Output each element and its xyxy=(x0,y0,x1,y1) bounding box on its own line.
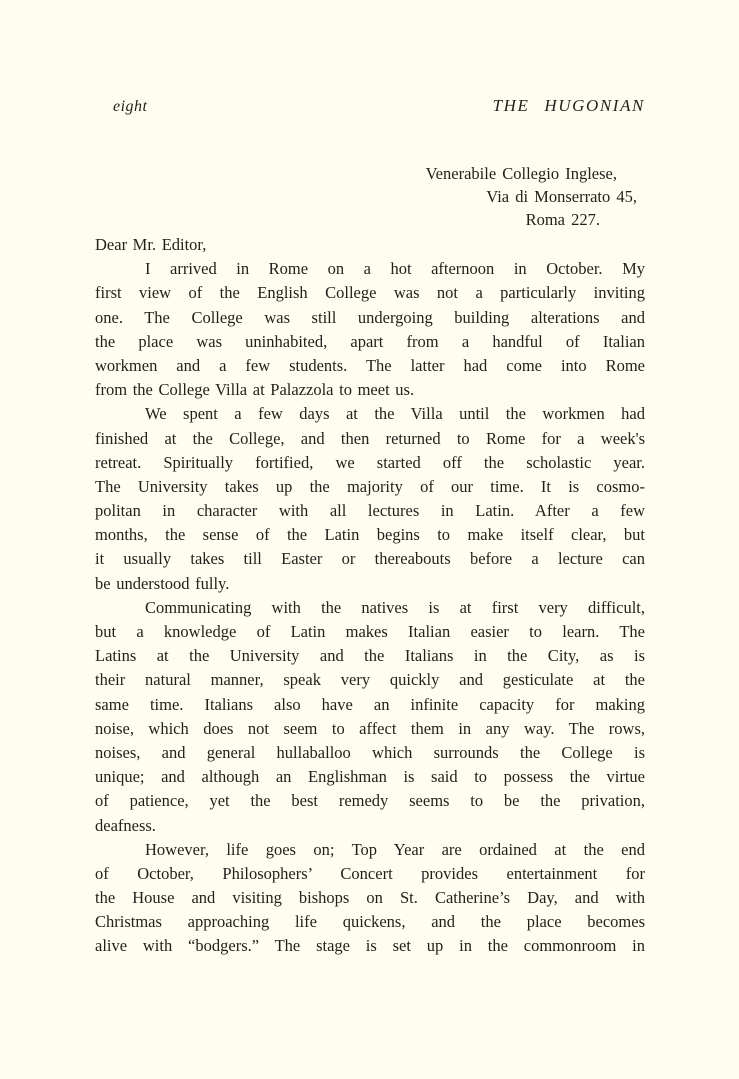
letter-body: Dear Mr. Editor, I arrived in Rome on a … xyxy=(95,233,645,959)
address-line-city: Roma 227. xyxy=(95,208,645,231)
body-line: We spent a few days at the Villa until t… xyxy=(95,402,645,426)
body-line: finished at the College, and then return… xyxy=(95,427,645,451)
body-line: of patience, yet the best remedy seems t… xyxy=(95,789,645,813)
body-line: alive with “bodgers.” The stage is set u… xyxy=(95,934,645,958)
body-line: The University takes up the majority of … xyxy=(95,475,645,499)
body-line: Communicating with the natives is at fir… xyxy=(95,596,645,620)
body-line: noise, which does not seem to affect the… xyxy=(95,717,645,741)
body-line: I arrived in Rome on a hot afternoon in … xyxy=(95,257,645,281)
body-line: Christmas approaching life quickens, and… xyxy=(95,910,645,934)
journal-title: THE HUGONIAN xyxy=(493,96,645,116)
sender-address-block: Venerabile Collegio Inglese, Via di Mons… xyxy=(95,162,645,231)
body-line: months, the sense of the Latin begins to… xyxy=(95,523,645,547)
paragraph-1: I arrived in Rome on a hot afternoon in … xyxy=(95,257,645,402)
paragraph-4: However, life goes on; Top Year are orda… xyxy=(95,838,645,959)
scanned-magazine-page: eight THE HUGONIAN Venerabile Collegio I… xyxy=(0,0,739,1079)
body-line: retreat. Spiritually fortified, we start… xyxy=(95,451,645,475)
address-line-college: Venerabile Collegio Inglese, xyxy=(95,162,645,185)
address-line-street: Via di Monserrato 45, xyxy=(95,185,645,208)
paragraph-2: We spent a few days at the Villa until t… xyxy=(95,402,645,596)
body-line: noises, and general hullaballoo which su… xyxy=(95,741,645,765)
body-line: it usually takes till Easter or thereabo… xyxy=(95,547,645,571)
body-line: the place was uninhabited, apart from a … xyxy=(95,330,645,354)
body-line: politan in character with all lectures i… xyxy=(95,499,645,523)
page-number-folio: eight xyxy=(113,98,148,116)
body-line: from the College Villa at Palazzola to m… xyxy=(95,378,645,402)
salutation: Dear Mr. Editor, xyxy=(95,233,645,257)
body-line: workmen and a few students. The latter h… xyxy=(95,354,645,378)
body-line: Latins at the University and the Italian… xyxy=(95,644,645,668)
body-line: one. The College was still undergoing bu… xyxy=(95,306,645,330)
body-line: same time. Italians also have an infinit… xyxy=(95,693,645,717)
body-line: deafness. xyxy=(95,814,645,838)
running-head: eight THE HUGONIAN xyxy=(95,96,645,116)
body-line: the House and visiting bishops on St. Ca… xyxy=(95,886,645,910)
body-line: but a knowledge of Latin makes Italian e… xyxy=(95,620,645,644)
body-line: of October, Philosophers’ Concert provid… xyxy=(95,862,645,886)
body-line: their natural manner, speak very quickly… xyxy=(95,668,645,692)
body-line: However, life goes on; Top Year are orda… xyxy=(95,838,645,862)
body-line: unique; and although an Englishman is sa… xyxy=(95,765,645,789)
body-line: first view of the English College was no… xyxy=(95,281,645,305)
body-line: be understood fully. xyxy=(95,572,645,596)
paragraph-3: Communicating with the natives is at fir… xyxy=(95,596,645,838)
